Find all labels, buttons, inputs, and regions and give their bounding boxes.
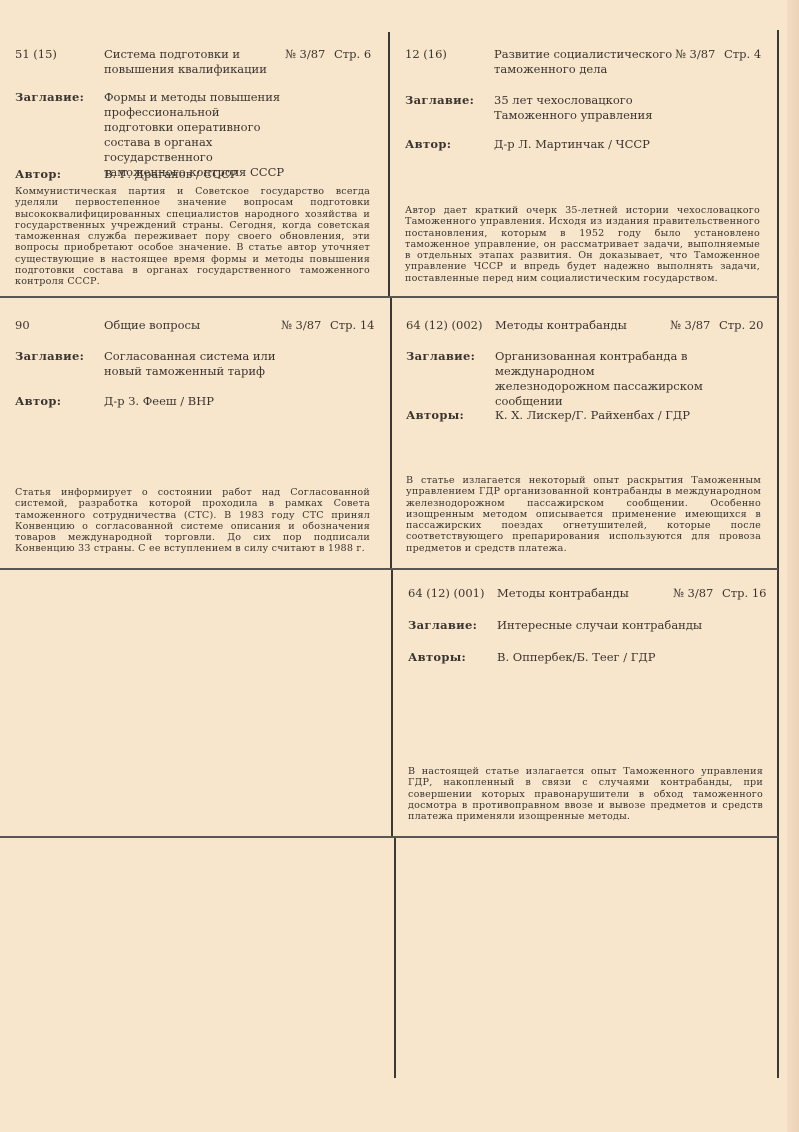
center-divider <box>391 568 393 836</box>
author-label: Автор: <box>405 137 451 152</box>
issue-number: № 3/87 <box>675 47 715 62</box>
article-abstract: Статья информирует о состоянии работ над… <box>15 487 370 555</box>
page-number: Стр. 6 <box>334 47 371 62</box>
article-abstract: Автор дает краткий очерк 35-летней истор… <box>405 205 760 284</box>
issue-number: № 3/87 <box>285 47 325 62</box>
classification-code: 64 (12) (002) <box>406 318 482 333</box>
classification-code: 90 <box>15 318 30 333</box>
row-divider <box>0 836 778 838</box>
abstract-card: 64 (12) (001) Методы контрабанды № 3/87 … <box>408 586 763 826</box>
section-heading: Общие вопросы <box>104 318 279 333</box>
abstract-card: 51 (15) Система подготовки и повышения к… <box>15 47 370 287</box>
center-divider <box>394 836 396 1078</box>
page-number: Стр. 20 <box>719 318 763 333</box>
article-abstract: В статье излагается некоторый опыт раскр… <box>406 475 761 554</box>
article-author: В. Г. Драганов / СССР <box>104 167 238 182</box>
classification-code: 51 (15) <box>15 47 57 62</box>
issue-number: № 3/87 <box>670 318 710 333</box>
classification-code: 64 (12) (001) <box>408 586 484 601</box>
abstract-card: 12 (16) Развитие социалистического тамож… <box>405 47 760 287</box>
page-number: Стр. 14 <box>330 318 374 333</box>
title-label: Заглавие: <box>405 93 474 108</box>
section-heading: Методы контрабанды <box>497 586 672 601</box>
title-label: Заглавие: <box>408 618 477 633</box>
abstract-card: 90 Общие вопросы № 3/87 Стр. 14 Заглавие… <box>15 318 370 558</box>
issue-number: № 3/87 <box>673 586 713 601</box>
article-author: Д-р Л. Мартинчак / ЧССР <box>494 137 650 152</box>
section-heading: Методы контрабанды <box>495 318 670 333</box>
authors-label: Авторы: <box>406 408 464 423</box>
issue-number: № 3/87 <box>281 318 321 333</box>
authors-label: Авторы: <box>408 650 466 665</box>
author-label: Автор: <box>15 167 61 182</box>
article-title: Интересные случаи контрабанды <box>497 618 737 633</box>
section-heading: Система подготовки и повышения квалифика… <box>104 47 269 77</box>
center-divider <box>388 32 390 296</box>
article-abstract: Коммунистическая партия и Советское госу… <box>15 186 370 288</box>
abstract-card: 64 (12) (002) Методы контрабанды № 3/87 … <box>406 318 761 558</box>
author-label: Автор: <box>15 394 61 409</box>
article-abstract: В настоящей статье излагается опыт Тамож… <box>408 766 763 822</box>
center-divider <box>390 296 392 568</box>
right-border <box>777 30 779 1078</box>
section-heading: Развитие социалистического таможенного д… <box>494 47 674 77</box>
article-title: Согласованная система или новый таможенн… <box>104 349 289 379</box>
article-title: Организованная контрабанда в международн… <box>495 349 705 409</box>
row-divider <box>0 296 778 298</box>
article-author: В. Оппербек/Б. Теег / ГДР <box>497 650 655 665</box>
row-divider <box>0 568 778 570</box>
page-number: Стр. 16 <box>722 586 766 601</box>
title-label: Заглавие: <box>406 349 475 364</box>
page-number: Стр. 4 <box>724 47 761 62</box>
article-author: К. Х. Лискер/Г. Райхенбах / ГДР <box>495 408 690 423</box>
article-title: 35 лет чехословацкого Таможенного управл… <box>494 93 679 123</box>
page-edge <box>787 0 799 1132</box>
title-label: Заглавие: <box>15 90 84 105</box>
classification-code: 12 (16) <box>405 47 447 62</box>
title-label: Заглавие: <box>15 349 84 364</box>
article-author: Д-р З. Фееш / ВНР <box>104 394 214 409</box>
